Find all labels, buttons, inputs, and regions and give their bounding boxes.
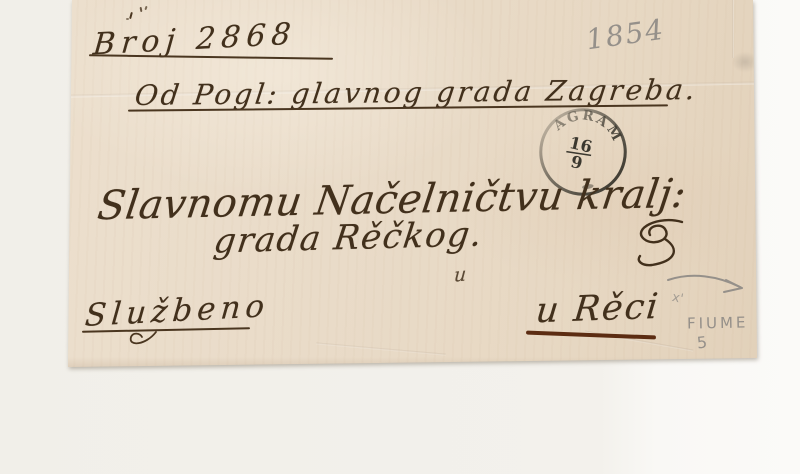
scan-background: Broj 2868 Od Pogl: glavnog grada Zagreba… xyxy=(0,0,800,474)
bottom-center-crease xyxy=(316,342,446,355)
pencil-year: 1854 xyxy=(584,16,666,55)
destination-underline xyxy=(526,331,656,340)
bottom-edge-shading xyxy=(68,357,758,369)
address-line2: grada Rěčkog. xyxy=(212,217,485,258)
small-ink-mark: u xyxy=(453,265,467,286)
pencil-x-mark: x' xyxy=(671,291,685,306)
official-mark: Službeno xyxy=(84,291,271,332)
ink-specks xyxy=(126,6,166,24)
envelope: Broj 2868 Od Pogl: glavnog grada Zagreba… xyxy=(68,0,758,369)
edge-pencil-smudge xyxy=(732,52,758,72)
vertical-fold-crease xyxy=(732,0,734,58)
postmark-month: 9 xyxy=(569,152,584,173)
destination-text: u Rěci xyxy=(534,290,661,329)
official-underline-loop xyxy=(124,331,160,349)
address-flourish xyxy=(624,219,694,267)
pencil-number: 5 xyxy=(696,335,708,352)
pencil-fiume-note: FIUME xyxy=(687,315,749,331)
